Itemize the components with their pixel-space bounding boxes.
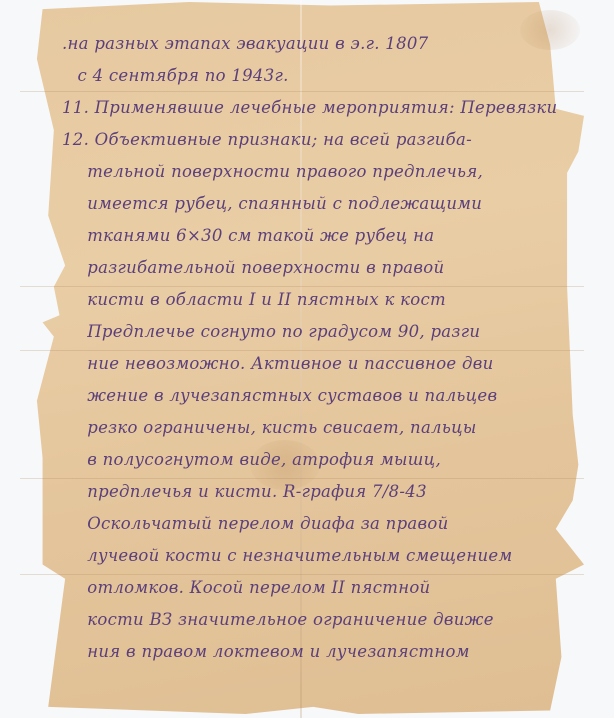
text-line: с 4 сентября по 1943г. xyxy=(62,60,566,92)
text-line: 11. Применявшие лечебные мероприятия: Пе… xyxy=(62,92,566,124)
text-line: тканями 6×30 см такой же рубец на xyxy=(62,220,566,252)
text-line: кисти в области I и II пястных к кост xyxy=(62,284,566,316)
handwritten-text-block: .на разных этапах эвакуации в э.г. 1807 … xyxy=(62,28,582,668)
text-line: ния в правом локтевом и лучезапястном xyxy=(62,636,566,668)
text-line: отломков. Косой перелом II пястной xyxy=(62,572,566,604)
text-line: тельной поверхности правого предплечья, xyxy=(62,156,566,188)
text-line: жение в лучезапястных суставов и пальцев xyxy=(62,380,566,412)
text-line: .на разных этапах эвакуации в э.г. 1807 xyxy=(62,28,566,60)
text-line: ние невозможно. Активное и пассивное дви xyxy=(62,348,566,380)
text-line: имеется рубец, спаянный с подлежащими xyxy=(62,188,566,220)
text-line: в полусогнутом виде, атрофия мышц, xyxy=(62,444,566,476)
text-line: кости ВЗ значительное ограничение движе xyxy=(62,604,566,636)
text-line: лучевой кости с незначительным смещением xyxy=(62,540,566,572)
text-line: Оскольчатый перелом диафа за правой xyxy=(62,508,566,540)
text-line: резко ограничены, кисть свисает, пальцы xyxy=(62,412,566,444)
text-line: разгибательной поверхности в правой xyxy=(62,252,566,284)
text-line: предплечья и кисти. R-графия 7/8-43 xyxy=(62,476,566,508)
text-line: Предплечье согнуто по градусом 90, разги xyxy=(62,316,566,348)
text-line: 12. Объективные признаки; на всей разгиб… xyxy=(62,124,566,156)
